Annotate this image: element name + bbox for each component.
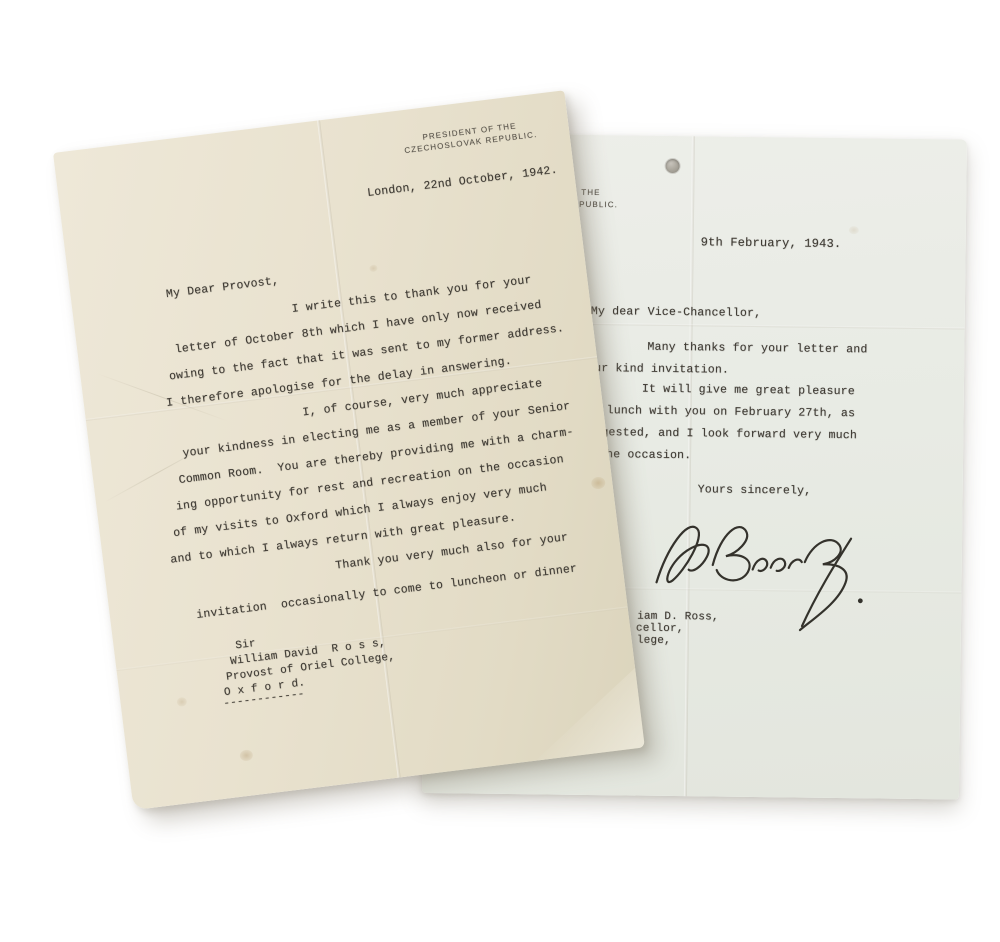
dateline: London, 22nd October, 1942. xyxy=(366,164,558,200)
salutation: My dear Vice-Chancellor, xyxy=(591,305,762,320)
foxing-spot xyxy=(591,476,606,490)
body-line: ur kind invitation. xyxy=(594,362,729,377)
body-line: invitation occasionally to come to lunch… xyxy=(196,562,578,622)
recipient-fragment: cellor, xyxy=(636,623,684,636)
body-line: he occasion. xyxy=(606,448,691,462)
foxing-spot xyxy=(369,264,378,272)
body-line: It will give me great pleasure xyxy=(642,383,855,399)
letterhead: PRESIDENT OF THE CZECHOSLOVAK REPUBLIC. xyxy=(383,116,556,159)
salutation: My Dear Provost, xyxy=(165,274,279,301)
body-line: gested, and I look forward very much xyxy=(601,426,857,442)
fold-crease-vertical xyxy=(684,136,695,796)
photo-background: THE PUBLIC. 9th February, 1943. My dear … xyxy=(0,0,1000,942)
dateline: 9th February, 1943. xyxy=(701,236,842,251)
recipient-fragment: lege, xyxy=(637,635,671,647)
recipient-line: Sir xyxy=(235,638,257,652)
body-line: lunch with you on February 27th, as xyxy=(607,404,856,420)
foxing-spot xyxy=(176,697,187,707)
foxing-spot xyxy=(239,749,253,762)
recipient-fragment: iam D. Ross, xyxy=(637,611,719,624)
body-line: Many thanks for your letter and xyxy=(647,341,867,357)
letterhead-fragment: PUBLIC. xyxy=(579,199,618,210)
letter-1942-paper: PRESIDENT OF THE CZECHOSLOVAK REPUBLIC. … xyxy=(53,90,645,810)
letterhead-fragment: THE xyxy=(581,187,600,198)
foxing-spot xyxy=(849,226,859,234)
hole-punch xyxy=(666,159,680,173)
